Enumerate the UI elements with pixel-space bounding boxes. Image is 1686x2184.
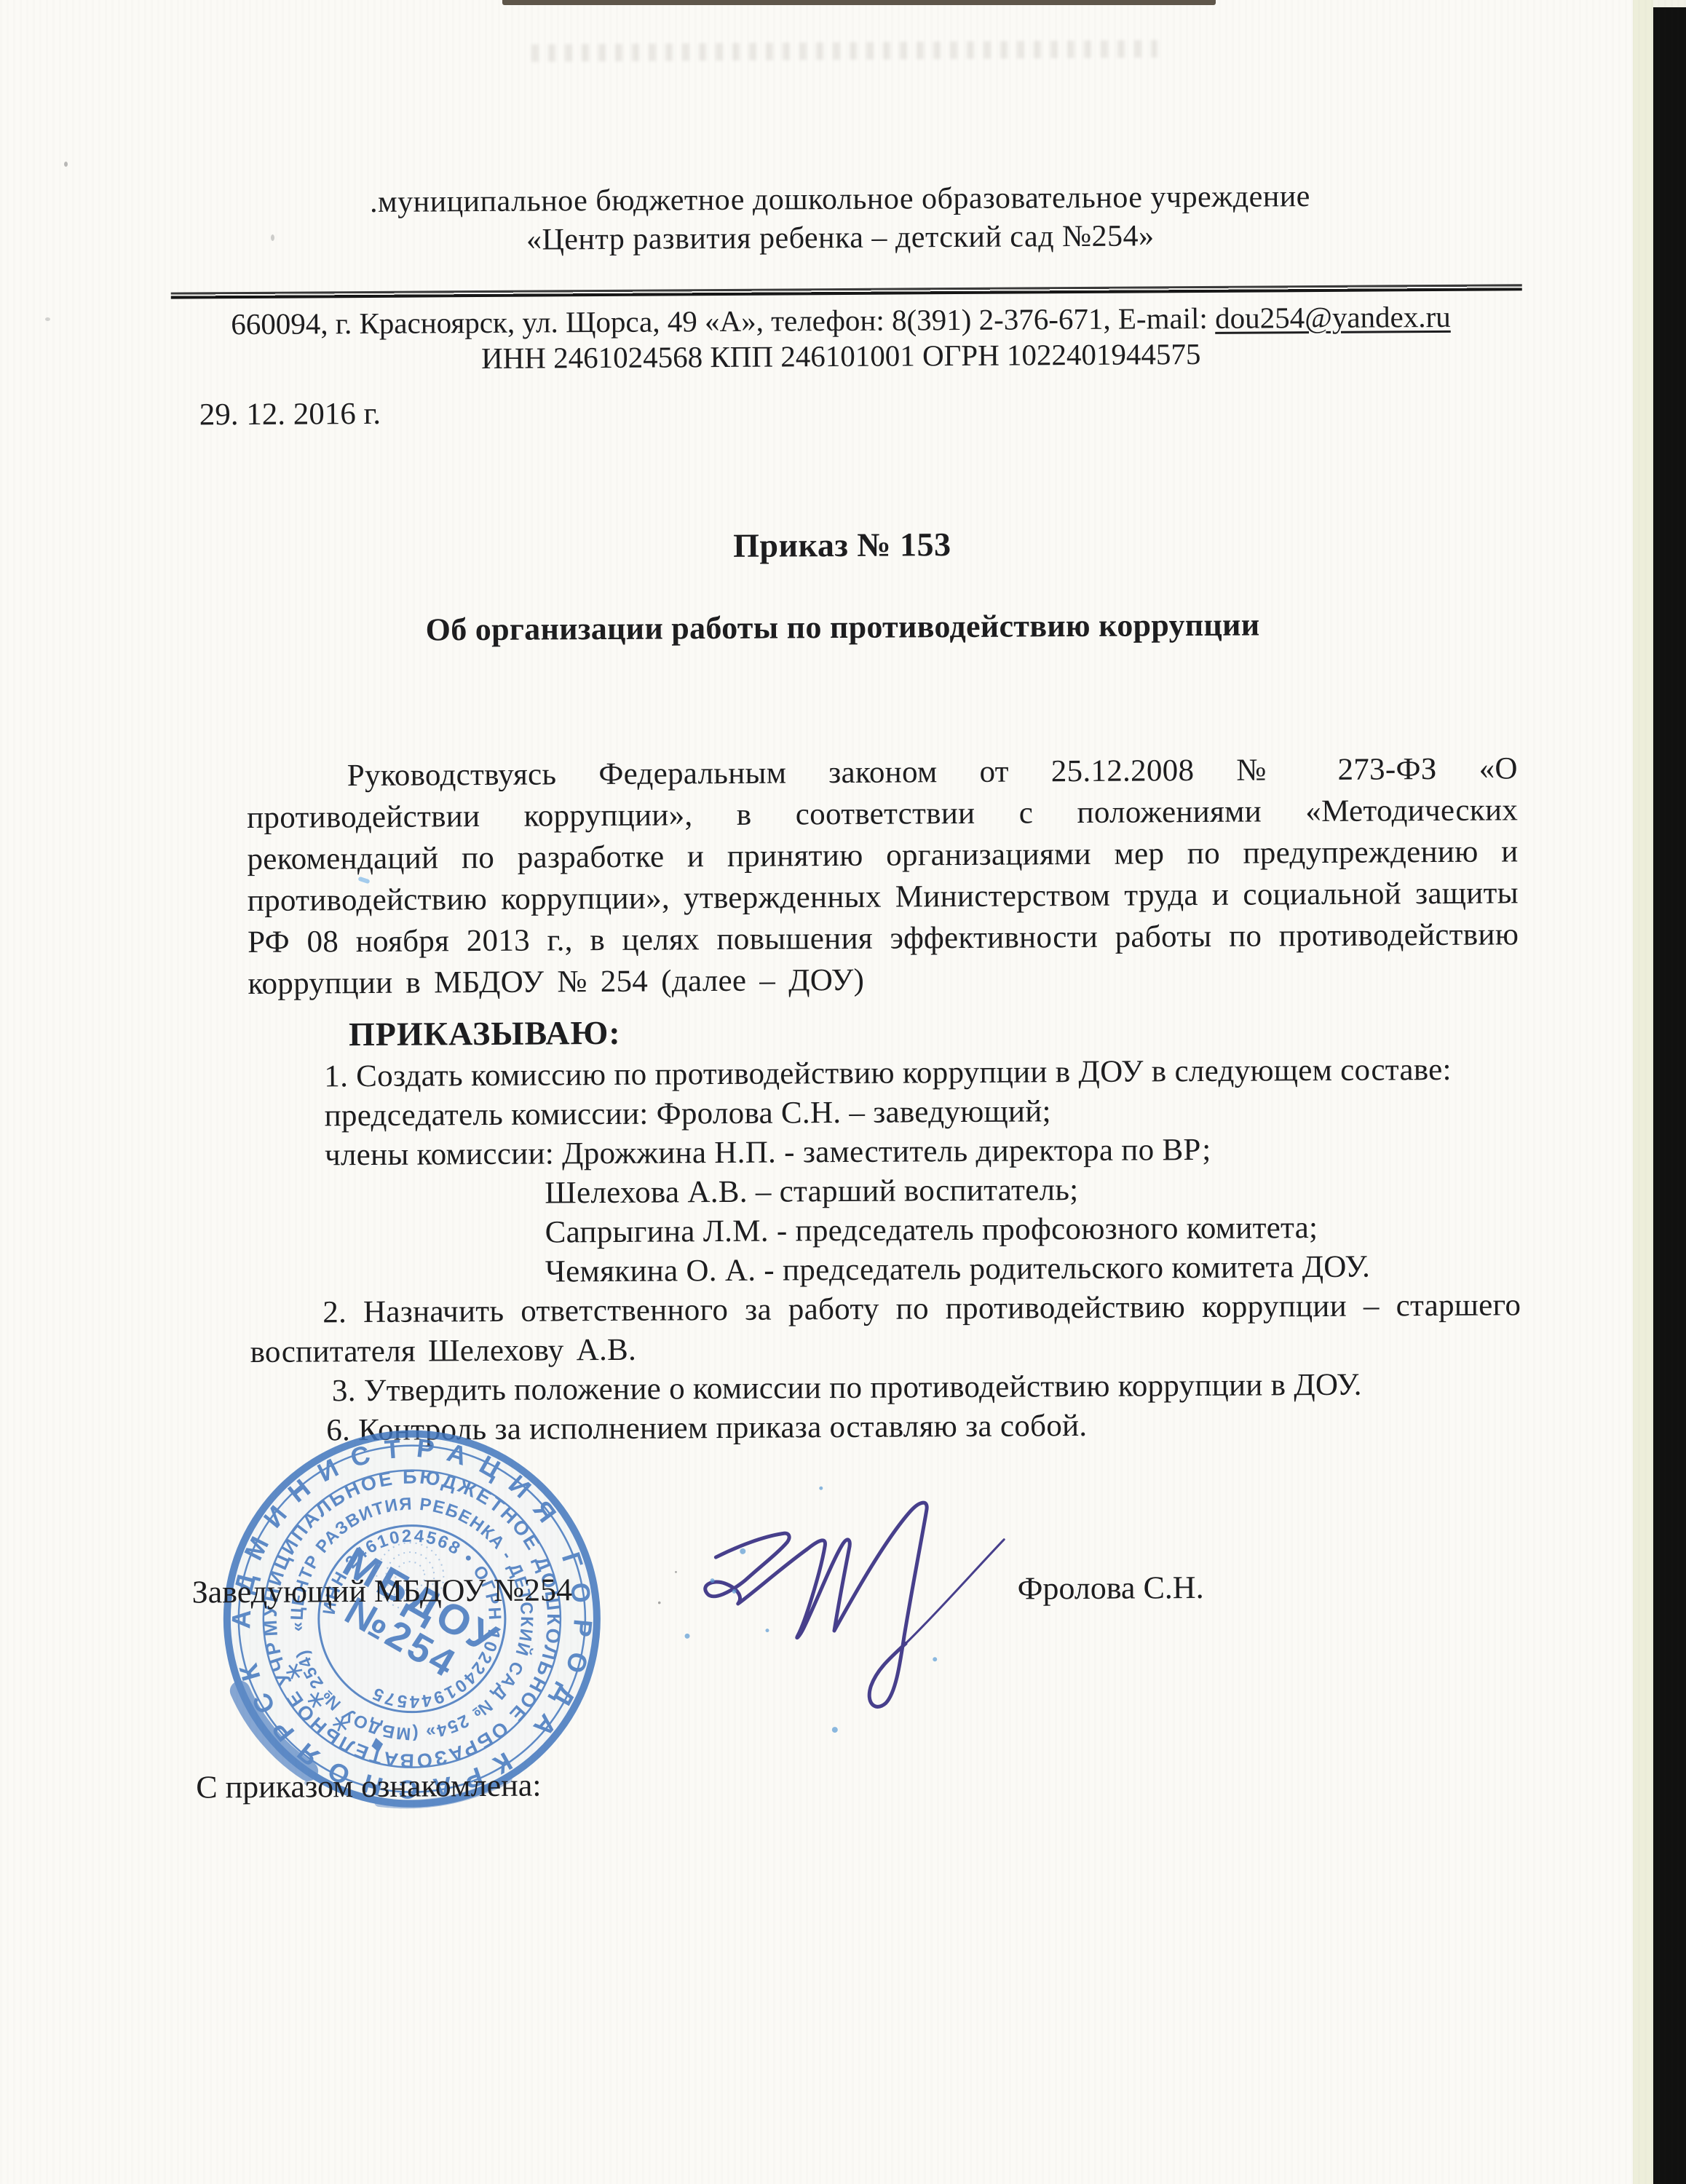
scan-specks bbox=[658, 1571, 677, 1604]
scan-edge-strip-dark bbox=[1653, 0, 1686, 2184]
signature bbox=[642, 1417, 1008, 1747]
order-number-title: Приказ № 153 bbox=[180, 521, 1505, 568]
signoff-position: Заведующий МБДОУ №254 bbox=[191, 1571, 572, 1610]
order-date: 29. 12. 2016 г. bbox=[199, 396, 381, 433]
signature-stroke bbox=[705, 1533, 807, 1604]
order-item-3: 3. Утвердить положение о комиссии по про… bbox=[250, 1364, 1521, 1412]
order-item-2: 2. Назначить ответственного за работу по… bbox=[250, 1286, 1521, 1372]
org-name-line1: .муниципальное бюджетное дошкольное обра… bbox=[178, 176, 1503, 223]
org-header: .муниципальное бюджетное дошкольное обра… bbox=[178, 176, 1503, 261]
order-items: 1. Создать комиссию по противодействию к… bbox=[248, 1050, 1521, 1451]
address-text: 660094, г. Красноярск, ул. Щорса, 49 «А»… bbox=[231, 301, 1215, 341]
signoff-name: Фролова С.Н. bbox=[1017, 1569, 1203, 1607]
email-text: dou254@yandex.ru bbox=[1215, 300, 1451, 335]
signature-stroke bbox=[796, 1503, 928, 1707]
order-subject: Об организации работы по противодействию… bbox=[180, 604, 1505, 649]
command-word: ПРИКАЗЫВАЮ: bbox=[349, 1013, 621, 1053]
org-contacts: 660094, г. Красноярск, ул. Щорса, 49 «А»… bbox=[178, 298, 1504, 378]
scanned-order-document: .муниципальное бюджетное дошкольное обра… bbox=[0, 0, 1686, 2184]
scan-edge-strip-light bbox=[1633, 0, 1654, 2184]
header-divider-rule bbox=[171, 284, 1522, 298]
org-name-line2: «Центр развития ребенка – детский сад №2… bbox=[178, 215, 1503, 261]
acknowledgement-line: С приказом ознакомлена: bbox=[196, 1767, 542, 1806]
document-content: .муниципальное бюджетное дошкольное обра… bbox=[0, 0, 1686, 2184]
order-preamble: Руководствуясь Федеральным законом от 25… bbox=[247, 748, 1519, 1005]
order-item-1: 1. Создать комиссию по противодействию к… bbox=[248, 1050, 1519, 1097]
official-round-stamp: АДМИНИСТРАЦИЯ ГОРОДА КРАСНОЯРСКА МУНИЦИП… bbox=[207, 1414, 617, 1824]
